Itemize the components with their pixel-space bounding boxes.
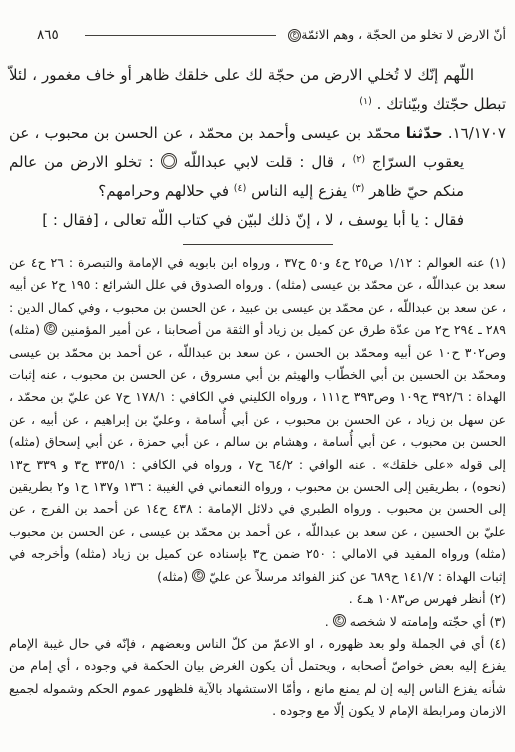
seal-glyph: ع [49,323,53,331]
footnotes-block: (١) عنه العوالم : ١/١٢ ص٢٥ ح٤ و٥٠ ح٣٧ ، … [9,252,506,723]
isnad-text-b: ، قال : قلت لابي عبداللّه [177,153,353,171]
reply-paragraph: فقال : يا أبا يوسف ، لا ، إنّ ذلك لبيّن … [9,206,506,235]
seal-glyph: ع [197,570,201,578]
main-text: اللّهم إنّك لا تُخلي الارض من حجّة لك عل… [9,61,506,235]
footnote-3-text-b: . [325,614,333,629]
footnote-3-text-a: (٣) أي حجّته وإمامته لا شخصه [346,614,506,629]
footnote-1-text-a: (١) عنه العوالم : ١/١٢ ص٢٥ ح٤ و٥٠ ح٣٧ ، … [9,255,506,337]
hadith-paragraph: ١٦/١٧٠٧. حدّثنا محمّد بن عيسى وأحمد بن م… [9,119,506,206]
hadith-number: ١٦/١٧٠٧. [448,124,506,142]
seal-glyph: ع [337,615,341,623]
haddathana-word: حدّثنا [406,124,443,142]
matn-text-c: في حلالهم وحرامهم؟ [98,182,234,200]
footnote-ref-3: (٣) [352,183,365,194]
running-title: أنّ الارض لا تخلو من الحجّة ، وهم الائمّ… [301,26,506,44]
footnote-4: (٤) أي في الجملة ولو بعد ظهوره ، او الاع… [9,633,506,723]
header-rule [85,35,276,36]
alayhissalam-seal-icon: ع [44,322,57,335]
footnote-ref-4: (٤) [234,183,247,194]
alayhissalam-seal-icon: ع [192,569,205,582]
footnote-1-text-c: (مثله) [157,569,192,584]
alayhimussalam-seal-icon: ع [288,29,301,42]
footnote-3: (٣) أي حجّته وإمامته لا شخصه ع . [9,611,506,633]
page-number: ٨٦٥ [37,26,59,44]
footnote-ref-1: (١) [359,96,372,107]
dua-text: اللّهم إنّك لا تُخلي الارض من حجّة لك عل… [9,66,506,113]
dua-paragraph: اللّهم إنّك لا تُخلي الارض من حجّة لك عل… [9,61,506,119]
matn-text-b: يفزع إليه الناس [246,182,352,200]
footnote-separator [183,244,333,245]
book-page: أنّ الارض لا تخلو من الحجّة ، وهم الائمّ… [0,0,515,752]
alayhissalam-seal-icon: ع [161,153,177,169]
seal-glyph: ع [293,30,297,38]
footnote-2: (٢) أنظر فهرس ص١٠٨٣ هـ٤ . [9,588,506,610]
footnote-1: (١) عنه العوالم : ١/١٢ ص٢٥ ح٤ و٥٠ ح٣٧ ، … [9,252,506,588]
alayhissalam-seal-icon: ع [333,614,346,627]
footnote-ref-2: (٢) [353,154,366,165]
page-header: أنّ الارض لا تخلو من الحجّة ، وهم الائمّ… [9,26,506,44]
footnote-1-text-b: (مثله) وص٣٠٢ ح١٠ عن أبيه ومحمّد بن الحسن… [9,322,506,583]
